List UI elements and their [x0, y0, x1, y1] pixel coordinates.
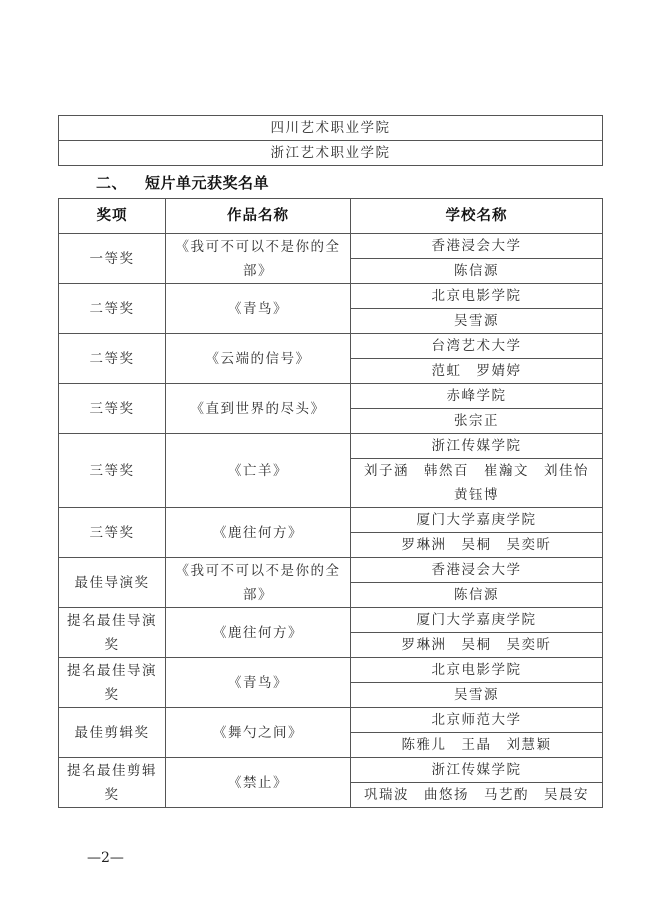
work-cell: 《亡羊》	[166, 434, 351, 508]
school-cell: 浙江传媒学院	[351, 758, 603, 783]
table-row: 四川艺术职业学院	[59, 116, 603, 141]
people-cell: 陈信源	[351, 259, 603, 284]
school-cell: 厦门大学嘉庚学院	[351, 608, 603, 633]
award-cell: 最佳剪辑奖	[59, 708, 166, 758]
school-cell: 赤峰学院	[351, 384, 603, 409]
section-title: 短片单元获奖名单	[145, 174, 269, 192]
people-cell: 刘子涵 韩然百 崔瀚文 刘佳怡 黄钰博	[351, 459, 603, 508]
award-cell: 三等奖	[59, 434, 166, 508]
award-cell: 二等奖	[59, 284, 166, 334]
people-cell: 吴雪源	[351, 309, 603, 334]
table-row: 一等奖 《我可不可以不是你的全部》 香港浸会大学	[59, 234, 603, 259]
award-cell: 提名最佳导演奖	[59, 658, 166, 708]
school-cell: 厦门大学嘉庚学院	[351, 508, 603, 533]
school-cell: 香港浸会大学	[351, 558, 603, 583]
table-row: 三等奖 《亡羊》 浙江传媒学院	[59, 434, 603, 459]
people-cell: 范虹 罗婧婷	[351, 359, 603, 384]
school-cell: 台湾艺术大学	[351, 334, 603, 359]
table-row: 三等奖 《鹿往何方》 厦门大学嘉庚学院	[59, 508, 603, 533]
work-cell: 《青鸟》	[166, 658, 351, 708]
work-cell: 《我可不可以不是你的全部》	[166, 558, 351, 608]
people-cell: 罗琳洲 吴桐 吴奕昕	[351, 533, 603, 558]
award-cell: 最佳导演奖	[59, 558, 166, 608]
school-cell: 北京师范大学	[351, 708, 603, 733]
award-cell: 提名最佳剪辑奖	[59, 758, 166, 808]
people-cell: 罗琳洲 吴桐 吴奕昕	[351, 633, 603, 658]
school-cell: 四川艺术职业学院	[59, 116, 603, 141]
work-cell: 《禁止》	[166, 758, 351, 808]
people-cell: 陈信源	[351, 583, 603, 608]
work-cell: 《直到世界的尽头》	[166, 384, 351, 434]
award-cell: 提名最佳导演奖	[59, 608, 166, 658]
table-row: 二等奖 《青鸟》 北京电影学院	[59, 284, 603, 309]
table-row: 最佳导演奖 《我可不可以不是你的全部》 香港浸会大学	[59, 558, 603, 583]
section-heading: 二、短片单元获奖名单	[96, 172, 269, 193]
continuation-table: 四川艺术职业学院 浙江艺术职业学院	[58, 115, 603, 166]
work-cell: 《鹿往何方》	[166, 508, 351, 558]
table-row: 最佳剪辑奖 《舞勺之间》 北京师范大学	[59, 708, 603, 733]
table-row: 提名最佳剪辑奖 《禁止》 浙江传媒学院	[59, 758, 603, 783]
people-cell: 巩瑞波 曲悠扬 马艺酌 吴晨安	[351, 783, 603, 808]
table-header-row: 奖项 作品名称 学校名称	[59, 199, 603, 234]
table-row: 提名最佳导演奖 《青鸟》 北京电影学院	[59, 658, 603, 683]
work-cell: 《云端的信号》	[166, 334, 351, 384]
header-work: 作品名称	[166, 199, 351, 234]
award-cell: 一等奖	[59, 234, 166, 284]
award-cell: 三等奖	[59, 508, 166, 558]
award-cell: 二等奖	[59, 334, 166, 384]
document-page: 四川艺术职业学院 浙江艺术职业学院 二、短片单元获奖名单 奖项 作品名称 学校名…	[0, 0, 650, 919]
people-cell: 吴雪源	[351, 683, 603, 708]
school-cell: 浙江传媒学院	[351, 434, 603, 459]
work-cell: 《我可不可以不是你的全部》	[166, 234, 351, 284]
school-cell: 浙江艺术职业学院	[59, 141, 603, 166]
header-school: 学校名称	[351, 199, 603, 234]
school-cell: 香港浸会大学	[351, 234, 603, 259]
people-cell: 张宗正	[351, 409, 603, 434]
school-cell: 北京电影学院	[351, 284, 603, 309]
work-cell: 《青鸟》	[166, 284, 351, 334]
award-cell: 三等奖	[59, 384, 166, 434]
people-cell: 陈雅儿 王晶 刘慧颖	[351, 733, 603, 758]
table-row: 二等奖 《云端的信号》 台湾艺术大学	[59, 334, 603, 359]
page-number: —2—	[87, 850, 124, 866]
section-number: 二、	[96, 174, 127, 192]
header-award: 奖项	[59, 199, 166, 234]
school-cell: 北京电影学院	[351, 658, 603, 683]
work-cell: 《舞勺之间》	[166, 708, 351, 758]
award-table: 奖项 作品名称 学校名称 一等奖 《我可不可以不是你的全部》 香港浸会大学 陈信…	[58, 198, 603, 808]
table-row: 三等奖 《直到世界的尽头》 赤峰学院	[59, 384, 603, 409]
work-cell: 《鹿往何方》	[166, 608, 351, 658]
table-row: 浙江艺术职业学院	[59, 141, 603, 166]
table-row: 提名最佳导演奖 《鹿往何方》 厦门大学嘉庚学院	[59, 608, 603, 633]
